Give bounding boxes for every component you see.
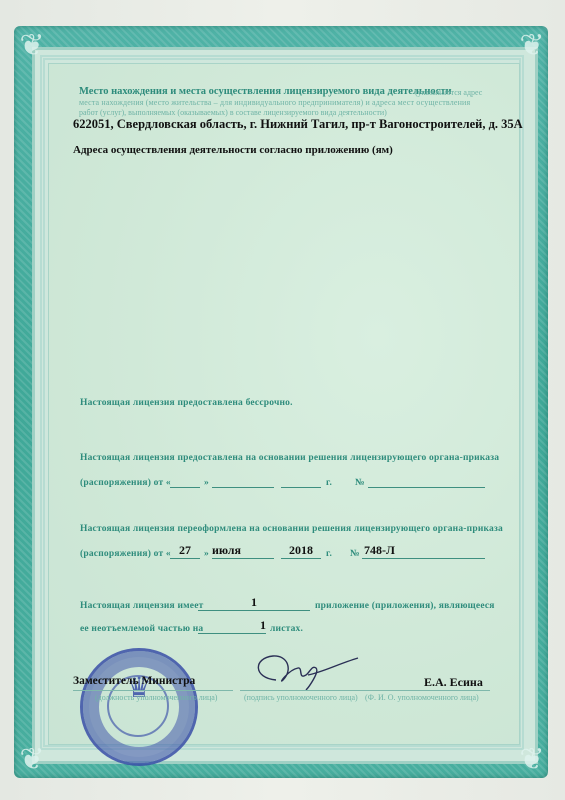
sheet-count-line: [198, 633, 266, 634]
reissued-day-line: [170, 558, 200, 559]
reissued-month: июля: [212, 543, 252, 558]
reissued-year: 2018: [281, 543, 321, 558]
granted-close-quote: »: [204, 478, 209, 488]
reissued-number-line: [362, 558, 485, 559]
signature-icon: [248, 650, 368, 690]
reissued-line: Настоящая лицензия переоформлена на осно…: [80, 524, 503, 534]
granted-year-field: [281, 487, 321, 488]
reissued-month-line: [212, 558, 274, 559]
appendix-count-line: [198, 610, 310, 611]
name-caption: (Ф. И. О. уполномоченного лица): [365, 693, 479, 702]
license-address: 622051, Свердловская область, г. Нижний …: [73, 117, 523, 132]
position-caption: (должность уполномоченного лица): [95, 693, 217, 702]
signatory-name: Е.А. Есина: [424, 675, 483, 690]
granted-day-field: [170, 487, 200, 488]
granted-number-label: №: [355, 478, 365, 488]
header-title: Место нахождения и места осуществления л…: [79, 86, 452, 97]
position-line: [73, 690, 233, 691]
signatory-position: Заместитель Министра: [73, 675, 195, 687]
granted-line: Настоящая лицензия предоставлена на осно…: [80, 453, 499, 463]
reissued-year-line: [281, 558, 321, 559]
granted-prefix: (распоряжения) от «: [80, 478, 171, 488]
license-term: Настоящая лицензия предоставлена бессроч…: [80, 398, 293, 408]
license-content: Место нахождения и места осуществления л…: [0, 0, 565, 800]
name-line: [365, 690, 490, 691]
sheet-count: 1: [198, 618, 266, 633]
activity-addresses: Адреса осуществления деятельности соглас…: [73, 144, 393, 156]
granted-year-suffix: г.: [326, 478, 332, 488]
reissued-year-suffix: г.: [326, 549, 332, 559]
reissued-close-quote: »: [204, 549, 209, 559]
reissued-number-label: №: [350, 549, 360, 559]
granted-number-field: [368, 487, 485, 488]
sheets-suffix: листах.: [270, 624, 303, 634]
sheets-prefix: ее неотъемлемой частью на: [80, 624, 203, 634]
reissued-day: 27: [170, 543, 200, 558]
appendix-suffix: приложение (приложения), являющееся: [315, 601, 495, 611]
appendix-count: 1: [198, 595, 310, 610]
reissued-number: 748-Л: [364, 543, 395, 558]
reissued-prefix: (распоряжения) от «: [80, 549, 171, 559]
appendix-prefix: Настоящая лицензия имеет: [80, 601, 204, 611]
signature-caption: (подпись уполномоченного лица): [244, 693, 358, 702]
official-stamp: ♛: [80, 648, 198, 766]
granted-month-field: [212, 487, 274, 488]
